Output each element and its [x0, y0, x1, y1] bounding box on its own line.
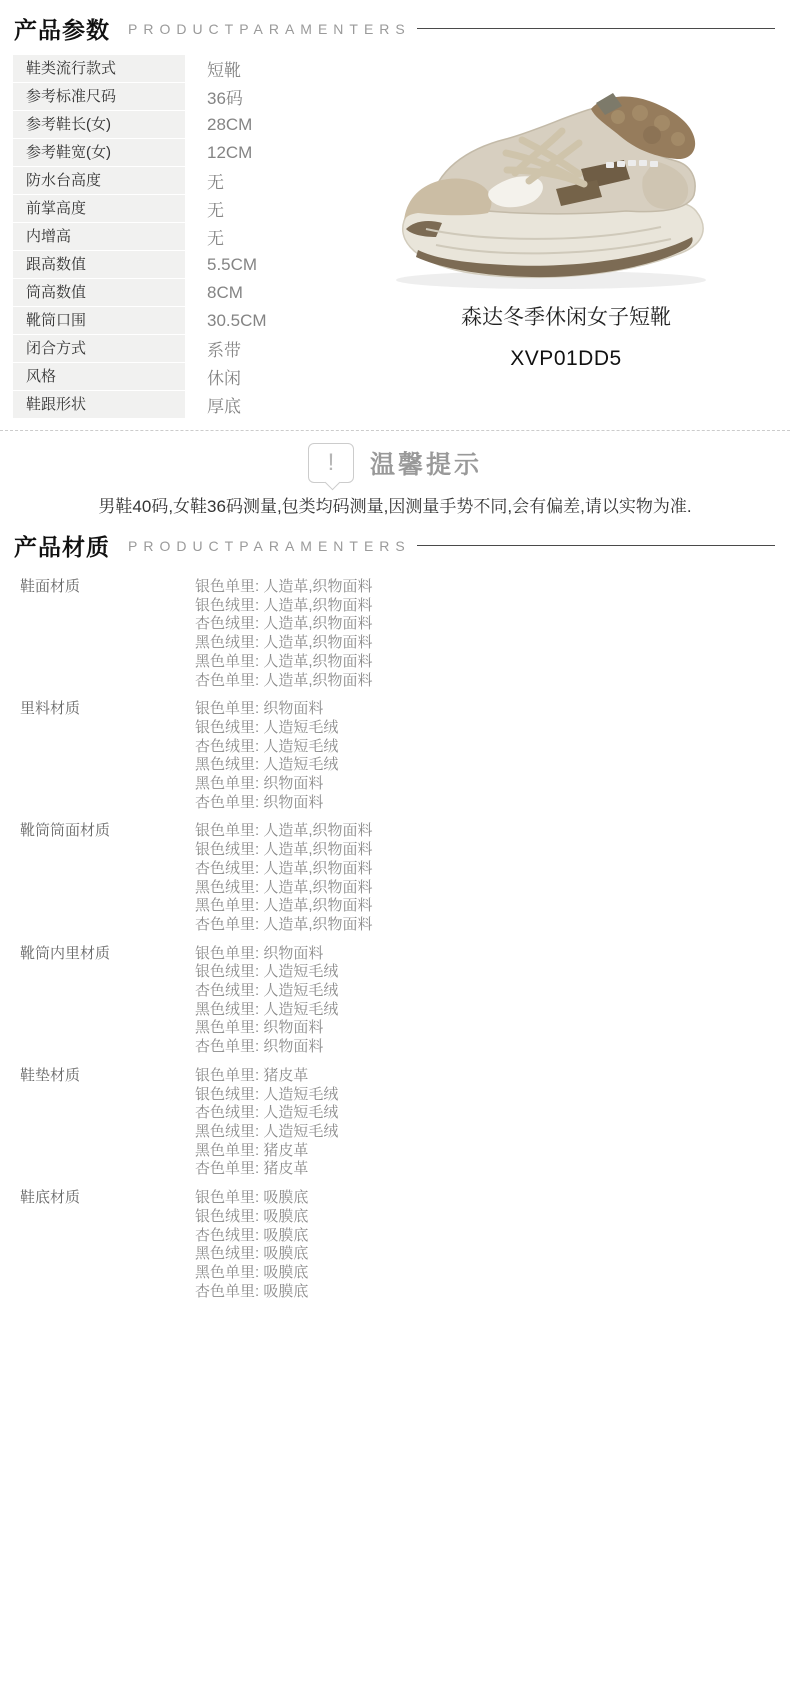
material-line: 银色绒里: 人造革,织物面料 [195, 597, 373, 616]
param-row: 鞋跟形状厚底 [13, 391, 790, 418]
param-label: 筒高数值 [13, 279, 185, 306]
material-line: 黑色绒里: 人造革,织物面料 [195, 879, 373, 898]
param-value: 无 [207, 224, 224, 249]
params-subtitle: PRODUCTPARAMENTERS [128, 21, 411, 37]
product-name: 森达冬季休闲女子短靴 [352, 301, 780, 331]
material-line: 银色单里: 人造革,织物面料 [195, 578, 373, 597]
param-value: 无 [207, 168, 224, 193]
material-line: 杏色绒里: 人造革,织物面料 [195, 860, 373, 879]
material-section: 里料材质 银色单里: 织物面料 银色绒里: 人造短毛绒 杏色绒里: 人造短毛绒 … [20, 700, 790, 812]
params-title: 产品参数 [14, 12, 110, 45]
material-lines: 银色单里: 吸膜底 银色绒里: 吸膜底 杏色绒里: 吸膜底 黑色绒里: 吸膜底 … [195, 1189, 308, 1301]
param-label: 鞋跟形状 [13, 391, 185, 418]
notice-title: 温馨提示 [370, 445, 482, 481]
material-line: 杏色单里: 吸膜底 [195, 1283, 308, 1302]
material-line: 杏色单里: 织物面料 [195, 794, 338, 813]
product-visual: 森达冬季休闲女子短靴 XVP01DD5 [352, 61, 780, 371]
param-value: 28CM [207, 115, 252, 135]
material-line: 银色单里: 织物面料 [195, 945, 338, 964]
material-line: 银色绒里: 人造革,织物面料 [195, 841, 373, 860]
param-label: 参考鞋宽(女) [13, 139, 185, 166]
material-label: 里料材质 [20, 700, 195, 812]
header-rule [417, 28, 775, 29]
header-rule [417, 545, 775, 546]
material-label: 靴筒内里材质 [20, 945, 195, 1057]
material-line: 银色单里: 猪皮革 [195, 1067, 338, 1086]
param-value: 系带 [207, 336, 241, 361]
material-line: 杏色单里: 人造革,织物面料 [195, 672, 373, 691]
param-value: 休闲 [207, 364, 241, 389]
param-value: 8CM [207, 283, 243, 303]
material-line: 银色单里: 人造革,织物面料 [195, 822, 373, 841]
params-section-header: 产品参数 PRODUCTPARAMENTERS [0, 0, 790, 53]
material-label: 靴筒筒面材质 [20, 822, 195, 934]
material-line: 银色绒里: 人造短毛绒 [195, 963, 338, 982]
material-line: 黑色单里: 织物面料 [195, 775, 338, 794]
material-line: 杏色绒里: 人造短毛绒 [195, 982, 338, 1001]
param-label: 靴筒口围 [13, 307, 185, 334]
material-line: 杏色绒里: 人造短毛绒 [195, 1104, 338, 1123]
material-line: 杏色绒里: 人造革,织物面料 [195, 615, 373, 634]
param-label: 风格 [13, 363, 185, 390]
param-value: 短靴 [207, 56, 241, 81]
param-label: 鞋类流行款式 [13, 55, 185, 82]
material-line: 杏色单里: 人造革,织物面料 [195, 916, 373, 935]
material-section: 靴筒内里材质 银色单里: 织物面料 银色绒里: 人造短毛绒 杏色绒里: 人造短毛… [20, 945, 790, 1057]
material-lines: 银色单里: 人造革,织物面料 银色绒里: 人造革,织物面料 杏色绒里: 人造革,… [195, 578, 373, 690]
material-line: 黑色单里: 吸膜底 [195, 1264, 308, 1283]
param-value: 厚底 [207, 392, 241, 417]
material-line: 杏色绒里: 人造短毛绒 [195, 738, 338, 757]
notice-header: ! 温馨提示 [0, 443, 790, 483]
param-label: 内增高 [13, 223, 185, 250]
material-label: 鞋垫材质 [20, 1067, 195, 1179]
materials-section-header: 产品材质 PRODUCTPARAMENTERS [0, 517, 790, 570]
material-section: 鞋垫材质 银色单里: 猪皮革 银色绒里: 人造短毛绒 杏色绒里: 人造短毛绒 黑… [20, 1067, 790, 1179]
material-line: 黑色绒里: 人造短毛绒 [195, 756, 338, 775]
product-model: XVP01DD5 [352, 347, 780, 371]
materials-subtitle: PRODUCTPARAMENTERS [128, 538, 411, 554]
material-section: 鞋面材质 银色单里: 人造革,织物面料 银色绒里: 人造革,织物面料 杏色绒里:… [20, 578, 790, 690]
material-label: 鞋底材质 [20, 1189, 195, 1301]
material-line: 黑色绒里: 吸膜底 [195, 1245, 308, 1264]
material-line: 杏色单里: 织物面料 [195, 1038, 338, 1057]
material-line: 银色单里: 吸膜底 [195, 1189, 308, 1208]
material-line: 黑色绒里: 人造革,织物面料 [195, 634, 373, 653]
param-label: 前掌高度 [13, 195, 185, 222]
material-line: 黑色单里: 人造革,织物面料 [195, 897, 373, 916]
param-label: 防水台高度 [13, 167, 185, 194]
material-lines: 银色单里: 人造革,织物面料 银色绒里: 人造革,织物面料 杏色绒里: 人造革,… [195, 822, 373, 934]
material-line: 银色绒里: 人造短毛绒 [195, 719, 338, 738]
notice-section: ! 温馨提示 男鞋40码,女鞋36码测量,包类均码测量,因测量手势不同,会有偏差… [0, 431, 790, 517]
param-label: 参考鞋长(女) [13, 111, 185, 138]
params-area: 鞋类流行款式短靴 参考标准尺码36码 参考鞋长(女)28CM 参考鞋宽(女)12… [0, 53, 790, 425]
material-line: 黑色绒里: 人造短毛绒 [195, 1123, 338, 1142]
material-line: 银色绒里: 人造短毛绒 [195, 1086, 338, 1105]
material-line: 黑色单里: 猪皮革 [195, 1142, 338, 1161]
material-line: 黑色单里: 织物面料 [195, 1019, 338, 1038]
material-line: 银色绒里: 吸膜底 [195, 1208, 308, 1227]
material-line: 杏色绒里: 吸膜底 [195, 1227, 308, 1246]
exclamation-icon: ! [308, 443, 354, 483]
notice-text: 男鞋40码,女鞋36码测量,包类均码测量,因测量手势不同,会有偏差,请以实物为准… [0, 492, 790, 517]
material-section: 靴筒筒面材质 银色单里: 人造革,织物面料 银色绒里: 人造革,织物面料 杏色绒… [20, 822, 790, 934]
param-value: 36码 [207, 84, 243, 109]
product-image [352, 61, 780, 299]
param-label: 闭合方式 [13, 335, 185, 362]
param-value: 无 [207, 196, 224, 221]
material-line: 黑色单里: 人造革,织物面料 [195, 653, 373, 672]
material-lines: 银色单里: 织物面料 银色绒里: 人造短毛绒 杏色绒里: 人造短毛绒 黑色绒里:… [195, 700, 338, 812]
param-value: 5.5CM [207, 255, 257, 275]
material-line: 黑色绒里: 人造短毛绒 [195, 1001, 338, 1020]
materials-title: 产品材质 [14, 529, 110, 562]
param-value: 12CM [207, 143, 252, 163]
param-label: 参考标准尺码 [13, 83, 185, 110]
material-label: 鞋面材质 [20, 578, 195, 690]
param-label: 跟高数值 [13, 251, 185, 278]
materials-list: 鞋面材质 银色单里: 人造革,织物面料 银色绒里: 人造革,织物面料 杏色绒里:… [0, 570, 790, 1301]
material-line: 银色单里: 织物面料 [195, 700, 338, 719]
param-value: 30.5CM [207, 311, 267, 331]
material-line: 杏色单里: 猪皮革 [195, 1160, 338, 1179]
exclamation-glyph: ! [328, 449, 335, 477]
product-detail-page: 产品参数 PRODUCTPARAMENTERS 鞋类流行款式短靴 参考标准尺码3… [0, 0, 790, 1690]
material-lines: 银色单里: 猪皮革 银色绒里: 人造短毛绒 杏色绒里: 人造短毛绒 黑色绒里: … [195, 1067, 338, 1179]
material-lines: 银色单里: 织物面料 银色绒里: 人造短毛绒 杏色绒里: 人造短毛绒 黑色绒里:… [195, 945, 338, 1057]
material-section: 鞋底材质 银色单里: 吸膜底 银色绒里: 吸膜底 杏色绒里: 吸膜底 黑色绒里:… [20, 1189, 790, 1301]
